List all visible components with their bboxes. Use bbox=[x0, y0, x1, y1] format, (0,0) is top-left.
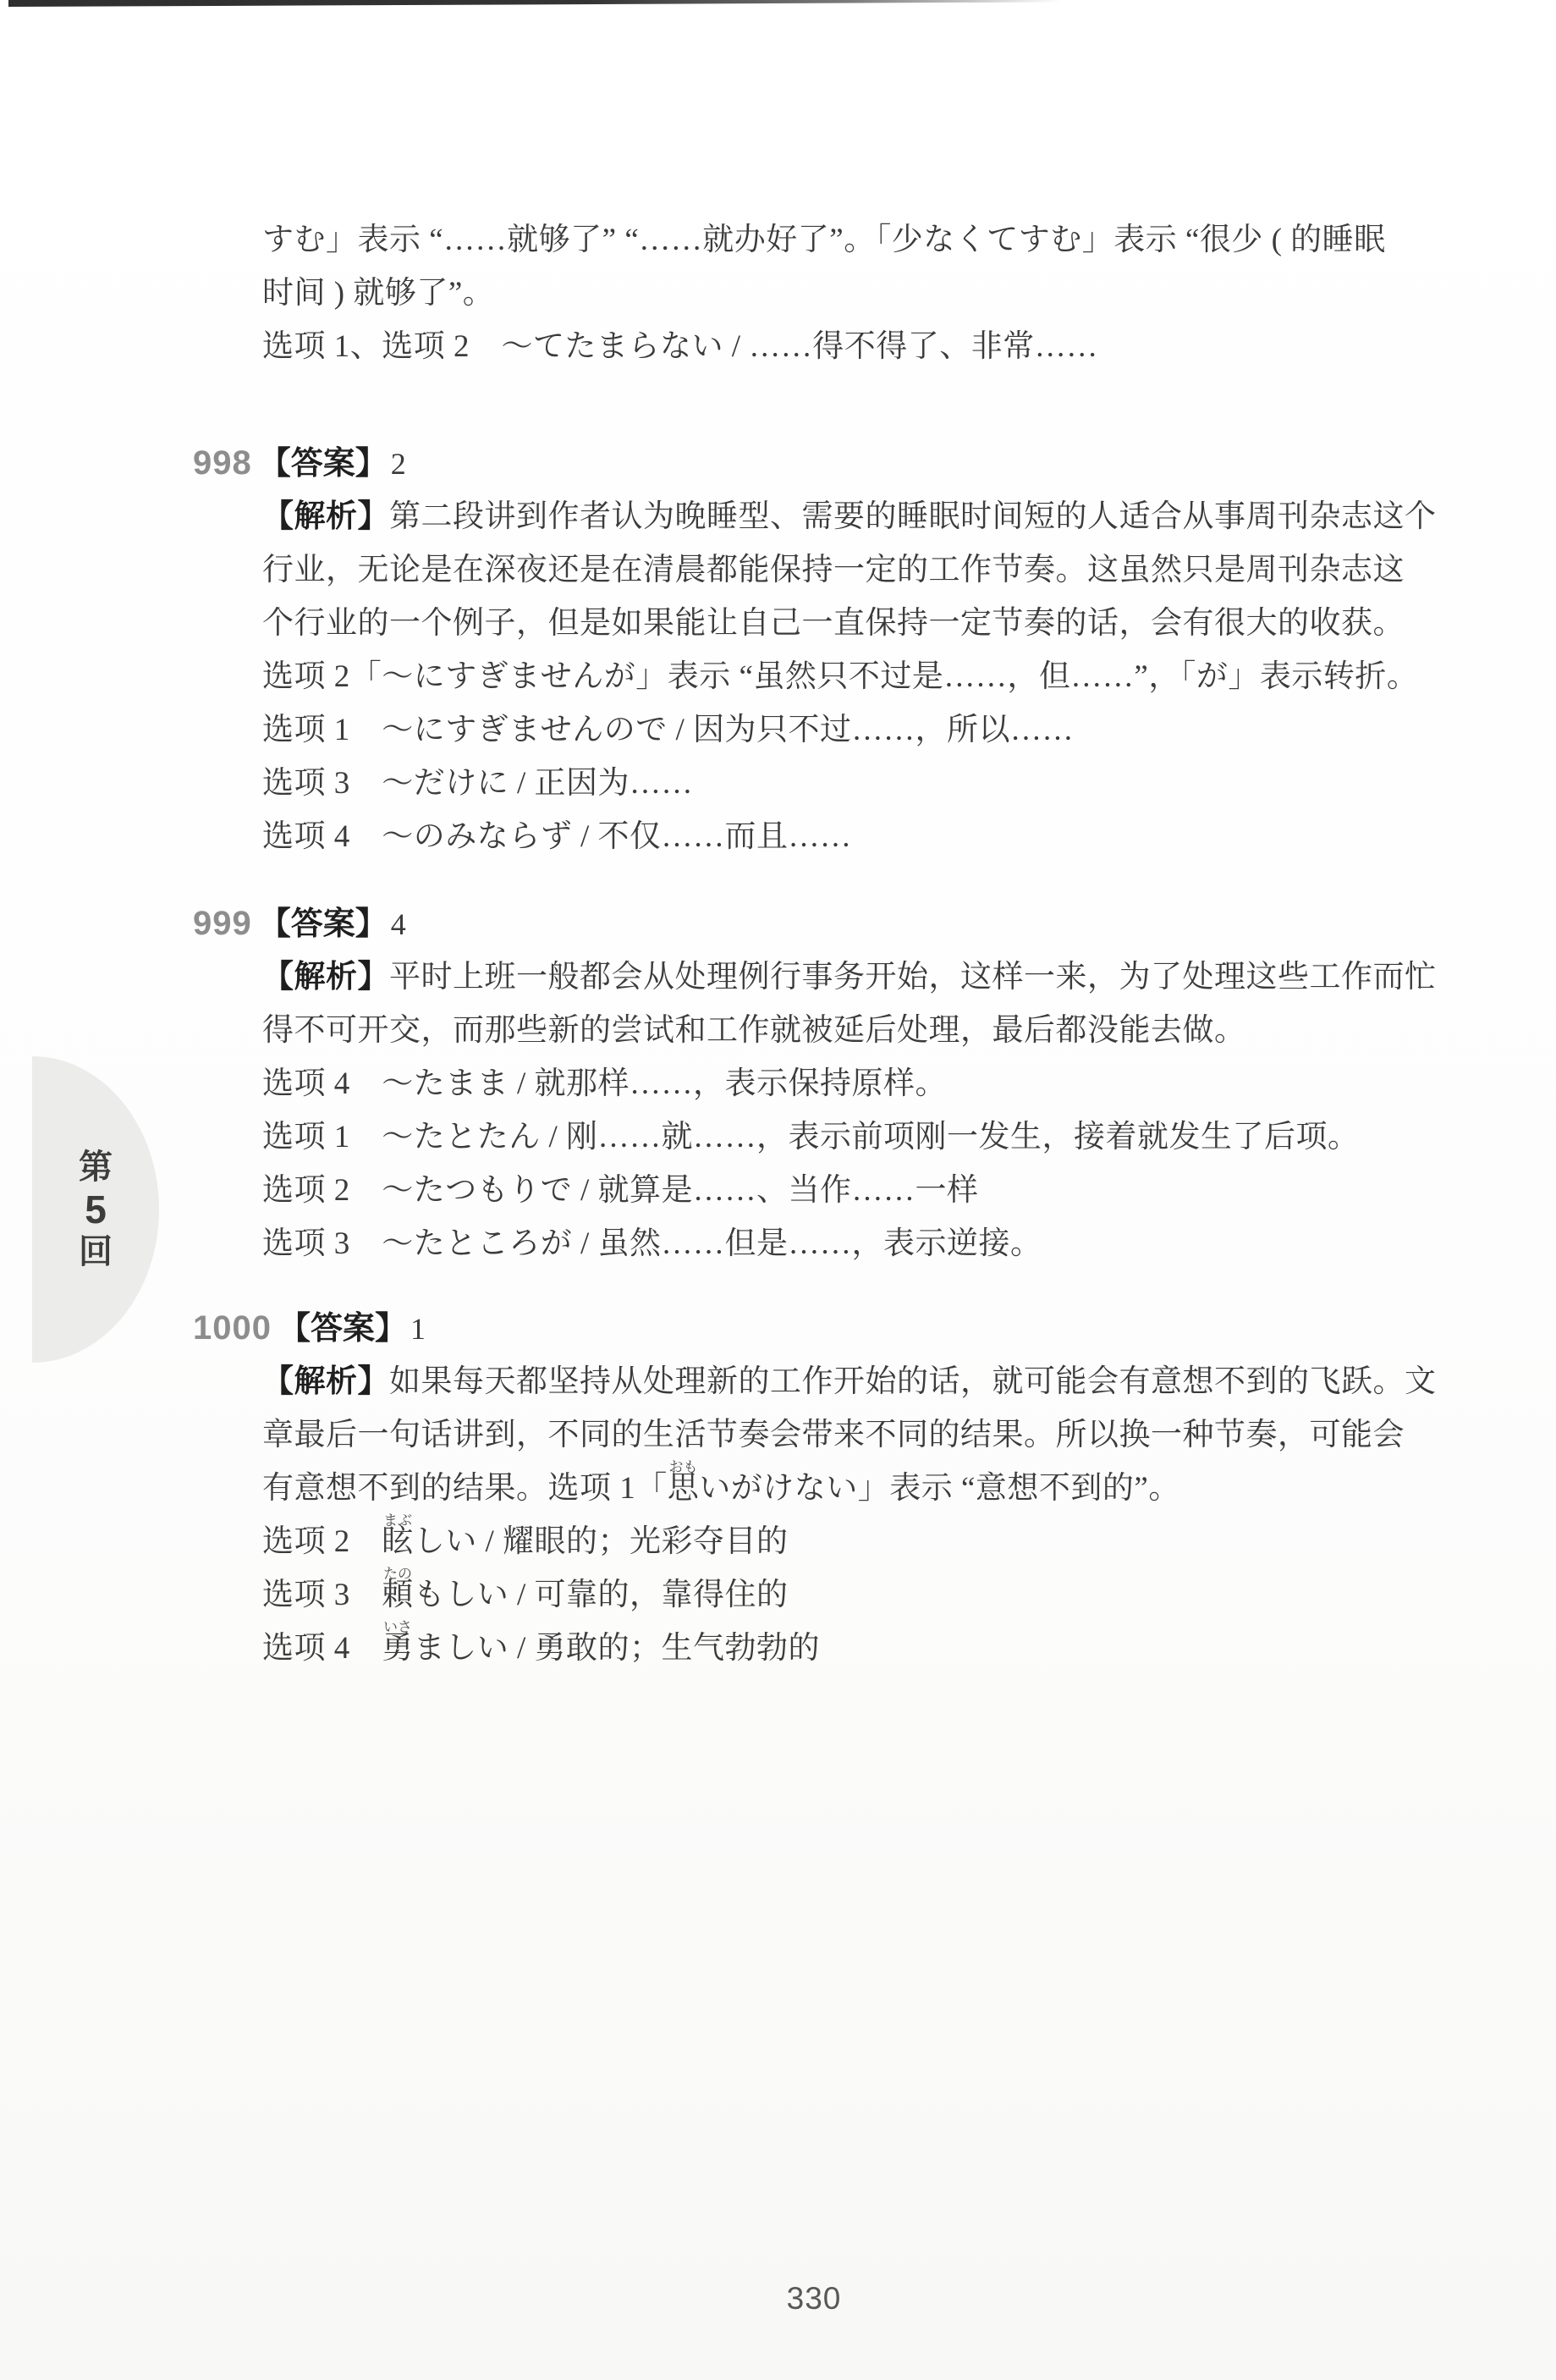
text-line: 选项 3 たの頼もしい / 可靠的，靠得住的 bbox=[262, 1568, 1437, 1622]
answer-label: 【答案】 bbox=[259, 906, 388, 942]
text-line: 时间 ) 就够了”。 bbox=[262, 267, 1386, 320]
page-number: 330 bbox=[787, 2281, 842, 2317]
text-segment: 选项 4 bbox=[262, 1631, 382, 1666]
text-line: 选项 3 ～だけに / 正因为…… bbox=[262, 757, 1437, 810]
text-segment: 选项 2 bbox=[262, 1524, 382, 1559]
analysis-label: 【解析】 bbox=[262, 960, 389, 994]
ruby-segment: いさ勇 bbox=[382, 1631, 414, 1666]
section-tab-char-3: 回 bbox=[79, 1233, 113, 1270]
answer-lines: 【解析】第二段讲到作者认为晚睡型、需要的睡眠时间短的人适合从事周刊杂志这个行业，… bbox=[262, 490, 1437, 863]
text-segment: 选项 3 ～だけに / 正因为…… bbox=[262, 766, 693, 801]
text-segment: 勇 bbox=[382, 1631, 414, 1666]
answer-header: 998【答案】2 bbox=[193, 437, 1437, 490]
question-number: 999 bbox=[193, 905, 252, 942]
text-segment: もしい / 可靠的，靠得住的 bbox=[414, 1578, 789, 1612]
text-line: 选项 2 まぶ眩しい / 耀眼的；光彩夺目的 bbox=[262, 1515, 1437, 1568]
text-segment: 行业，无论是在深夜还是在清晨都能保持一定的工作节奏。这虽然只是周刊杂志这 bbox=[262, 553, 1405, 587]
text-segment: 选项 1、选项 2 ～てたまらない / ……得不得了、非常…… bbox=[262, 329, 1098, 364]
answer-value: 1 bbox=[410, 1312, 426, 1346]
text-line: 选项 4 いさ勇ましい / 勇敢的；生气勃勃的 bbox=[262, 1622, 1437, 1675]
answer-label: 【答案】 bbox=[259, 446, 388, 482]
text-line: 有意想不到的结果。选项 1「おも思いがけない」表示 “意想不到的”。 bbox=[262, 1462, 1437, 1515]
scan-edge-line bbox=[8, 0, 1062, 7]
text-segment: 选项 2 ～たつもりで / 就算是……、当作……一样 bbox=[262, 1173, 979, 1208]
answer-label: 【答案】 bbox=[278, 1311, 407, 1347]
ruby-segment: たの頼 bbox=[382, 1578, 414, 1612]
scanned-book-page: 第 5 回 すむ」表示 “……就够了” “……就办好了”。「少なくてすむ」表示 … bbox=[0, 0, 1556, 2380]
text-segment: 选项 3 ～たところが / 虽然……但是……，表示逆接。 bbox=[262, 1226, 1042, 1261]
text-segment: 如果每天都坚持从处理新的工作开始的话，就可能会有意想不到的飞跃。文 bbox=[389, 1364, 1437, 1399]
text-segment: 頼 bbox=[382, 1578, 414, 1612]
answer-lines: 【解析】平时上班一般都会从处理例行事务开始，这样一来，为了处理这些工作而忙得不可… bbox=[262, 950, 1437, 1270]
furigana: いさ bbox=[383, 1620, 412, 1634]
answer-block-998: 998【答案】2【解析】第二段讲到作者认为晚睡型、需要的睡眠时间短的人适合从事周… bbox=[193, 437, 1437, 863]
text-segment: 选项 2「～にすぎませんが」表示 “虽然只不过是……，但……”，「が」表示转折。 bbox=[262, 659, 1418, 694]
text-segment: 第二段讲到作者认为晚睡型、需要的睡眠时间短的人适合从事周刊杂志这个 bbox=[389, 499, 1437, 534]
text-segment: 得不可开交，而那些新的尝试和工作就被延后处理，最后都没能去做。 bbox=[262, 1013, 1246, 1048]
question-number: 998 bbox=[193, 444, 252, 482]
text-segment: ましい / 勇敢的；生气勃勃的 bbox=[414, 1631, 820, 1666]
text-segment: すむ」表示 “……就够了” “……就办好了”。「少なくてすむ」表示 “很少 ( … bbox=[262, 223, 1386, 257]
answer-header: 1000【答案】1 bbox=[193, 1302, 1437, 1355]
intro-continuation-block: すむ」表示 “……就够了” “……就办好了”。「少なくてすむ」表示 “很少 ( … bbox=[262, 213, 1386, 373]
text-segment: 思 bbox=[668, 1471, 700, 1506]
section-tab-char-2: 5 bbox=[85, 1189, 107, 1230]
text-line: 选项 1、选项 2 ～てたまらない / ……得不得了、非常…… bbox=[262, 320, 1386, 373]
text-line: 选项 2 ～たつもりで / 就算是……、当作……一样 bbox=[262, 1164, 1437, 1217]
ruby-segment: まぶ眩 bbox=[382, 1524, 414, 1559]
answer-header: 999【答案】4 bbox=[193, 897, 1437, 950]
text-segment: 平时上班一般都会从处理例行事务开始，这样一来，为了处理这些工作而忙 bbox=[389, 960, 1437, 994]
analysis-label: 【解析】 bbox=[262, 499, 389, 534]
answer-lines: 【解析】如果每天都坚持从处理新的工作开始的话，就可能会有意想不到的飞跃。文章最后… bbox=[262, 1355, 1437, 1675]
furigana: たの bbox=[383, 1567, 412, 1581]
text-line: 【解析】如果每天都坚持从处理新的工作开始的话，就可能会有意想不到的飞跃。文 bbox=[262, 1355, 1437, 1408]
text-line: 选项 4 ～のみならず / 不仅……而且…… bbox=[262, 810, 1437, 863]
text-segment: いがけない」表示 “意想不到的”。 bbox=[699, 1471, 1180, 1506]
text-line: 选项 1 ～にすぎませんので / 因为只不过……，所以…… bbox=[262, 703, 1437, 757]
text-line: 选项 1 ～たとたん / 刚……就……，表示前项刚一发生，接着就发生了后项。 bbox=[262, 1110, 1437, 1164]
text-segment: 选项 3 bbox=[262, 1578, 382, 1612]
text-segment: 选项 4 ～たまま / 就那样……，表示保持原样。 bbox=[262, 1066, 947, 1101]
text-segment: 时间 ) 就够了”。 bbox=[262, 276, 494, 311]
text-segment: 个行业的一个例子，但是如果能让自己一直保持一定节奏的话，会有很大的收获。 bbox=[262, 606, 1405, 641]
analysis-label: 【解析】 bbox=[262, 1364, 389, 1399]
text-line: 选项 3 ～たところが / 虽然……但是……，表示逆接。 bbox=[262, 1217, 1437, 1270]
answer-block-1000: 1000【答案】1【解析】如果每天都坚持从处理新的工作开始的话，就可能会有意想不… bbox=[193, 1302, 1437, 1675]
text-line: 个行业的一个例子，但是如果能让自己一直保持一定节奏的话，会有很大的收获。 bbox=[262, 597, 1437, 650]
text-segment: 选项 4 ～のみならず / 不仅……而且…… bbox=[262, 819, 852, 854]
text-line: 行业，无论是在深夜还是在清晨都能保持一定的工作节奏。这虽然只是周刊杂志这 bbox=[262, 543, 1437, 597]
question-number: 1000 bbox=[193, 1309, 272, 1347]
section-tab-char-1: 第 bbox=[79, 1149, 113, 1186]
text-line: 得不可开交，而那些新的尝试和工作就被延后处理，最后都没能去做。 bbox=[262, 1004, 1437, 1057]
text-segment: 章最后一句话讲到，不同的生活节奏会带来不同的结果。所以换一种节奏，可能会 bbox=[262, 1418, 1405, 1452]
furigana: おも bbox=[669, 1460, 698, 1474]
ruby-segment: おも思 bbox=[668, 1471, 700, 1506]
text-segment: 有意想不到的结果。选项 1「 bbox=[262, 1471, 668, 1506]
answer-block-999: 999【答案】4【解析】平时上班一般都会从处理例行事务开始，这样一来，为了处理这… bbox=[193, 897, 1437, 1270]
text-segment: 选项 1 ～にすぎませんので / 因为只不过……，所以…… bbox=[262, 713, 1074, 747]
text-line: 【解析】第二段讲到作者认为晚睡型、需要的睡眠时间短的人适合从事周刊杂志这个 bbox=[262, 490, 1437, 543]
text-line: 选项 4 ～たまま / 就那样……，表示保持原样。 bbox=[262, 1057, 1437, 1110]
text-line: 章最后一句话讲到，不同的生活节奏会带来不同的结果。所以换一种节奏，可能会 bbox=[262, 1408, 1437, 1462]
text-line: 【解析】平时上班一般都会从处理例行事务开始，这样一来，为了处理这些工作而忙 bbox=[262, 950, 1437, 1004]
text-line: すむ」表示 “……就够了” “……就办好了”。「少なくてすむ」表示 “很少 ( … bbox=[262, 213, 1386, 267]
section-tab-round5: 第 5 回 bbox=[32, 1056, 159, 1363]
text-segment: 选项 1 ～たとたん / 刚……就……，表示前项刚一发生，接着就发生了后项。 bbox=[262, 1120, 1360, 1154]
answer-value: 2 bbox=[391, 447, 406, 481]
answer-value: 4 bbox=[391, 907, 406, 941]
furigana: まぶ bbox=[383, 1513, 412, 1528]
text-segment: 眩 bbox=[382, 1524, 414, 1559]
text-line: 选项 2「～にすぎませんが」表示 “虽然只不过是……，但……”，「が」表示转折。 bbox=[262, 650, 1437, 703]
text-segment: しい / 耀眼的；光彩夺目的 bbox=[414, 1524, 789, 1559]
